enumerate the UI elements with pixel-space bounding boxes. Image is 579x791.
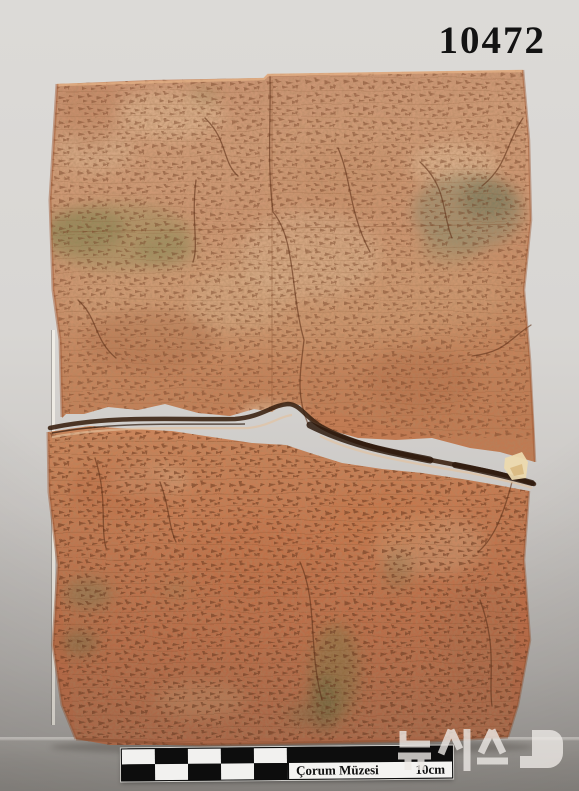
- museum-photo: 10472 Çorum Müzesi 10cm 뉴시스: [0, 0, 579, 791]
- checker-cell-black: [155, 749, 188, 764]
- checker-cell-black: [254, 763, 287, 779]
- checker-cell-black: [221, 748, 254, 763]
- scale-bar-black-fill: [287, 747, 452, 763]
- checker-cell-white: [188, 749, 221, 764]
- scale-bar: Çorum Müzesi 10cm: [121, 746, 453, 782]
- checker-cell-white: [122, 749, 155, 764]
- cuneiform-tablet-photo: [0, 0, 579, 791]
- upper-surface-detail: [40, 62, 545, 462]
- scale-bar-length-label: 10cm: [415, 762, 445, 778]
- checker-cell-white: [221, 763, 254, 779]
- checker-cell-black: [188, 764, 221, 780]
- checker-cell-white: [254, 748, 287, 763]
- checker-cell-white: [155, 764, 188, 780]
- scale-bar-museum-label: Çorum Müzesi: [296, 762, 379, 779]
- scale-bar-label-box: Çorum Müzesi 10cm: [287, 762, 452, 779]
- catalog-number: 10472: [439, 18, 547, 63]
- checker-cell-black: [122, 764, 155, 780]
- scale-bar-bottom-row: Çorum Müzesi 10cm: [122, 762, 452, 781]
